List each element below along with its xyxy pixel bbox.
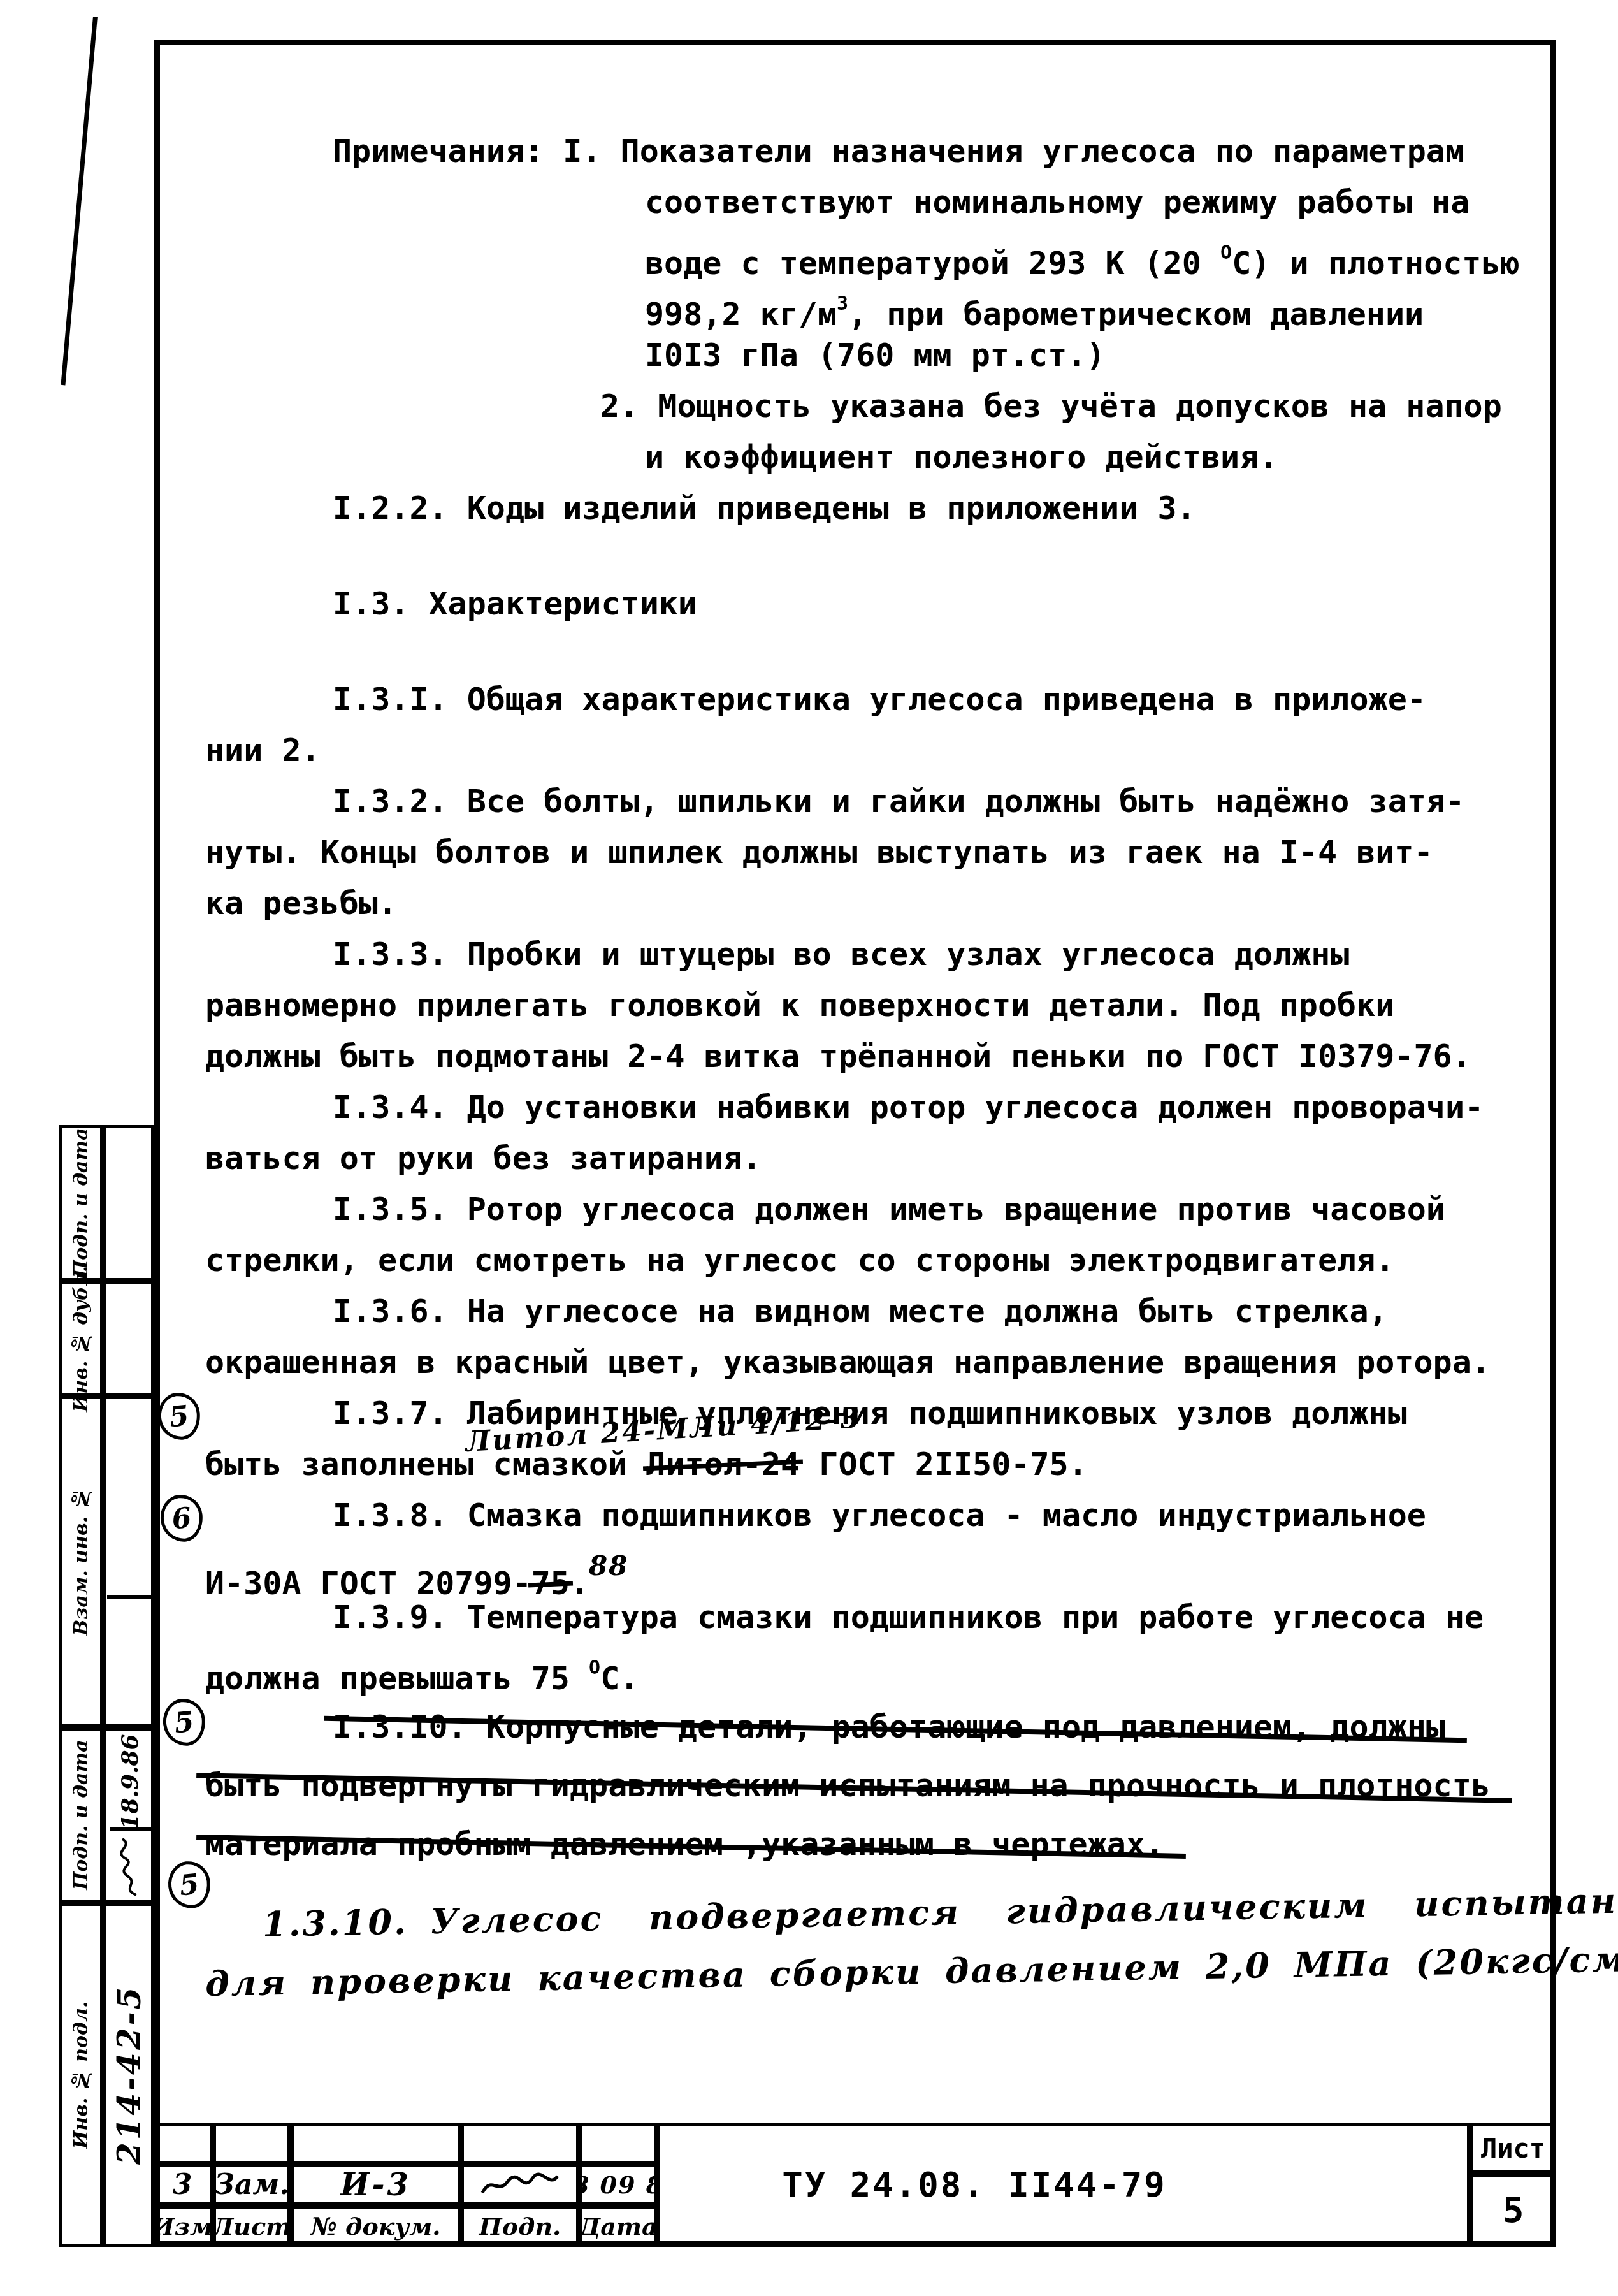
text-line: Примечания: I. Показатели назначения угл… (205, 127, 1543, 178)
revision-doc-number: И-3 (291, 2164, 461, 2205)
text-line: 2. Мощность указана без учёта допусков н… (205, 382, 1543, 433)
text-line: воде с температурой 293 К (20 ОС) и плот… (205, 229, 1543, 280)
stamp-cell-inv-podl: Инв. № подл. (59, 1903, 103, 2247)
stamp-cell-podp-i-data-2: Подп. и дата (59, 1727, 103, 1903)
text-line: I.3.9. Температура смазки подшипников пр… (205, 1594, 1543, 1645)
text-line: I.3.3. Пробки и штуцеры во всех узлах уг… (205, 931, 1543, 982)
text-line: И-30А ГОСТ 20799-75.88 (205, 1543, 1543, 1594)
stamp-entry-cell (103, 1396, 154, 1727)
stamp-cell-label: Подп. и дата (62, 1128, 100, 1278)
revision-signature-cell (461, 2164, 579, 2205)
stamp-cell-label: Взам. инв. № (62, 1399, 100, 1724)
signature-icon (119, 1836, 141, 1898)
stamp-entry-cell (103, 1125, 154, 1281)
label-izm: Изм (152, 2205, 213, 2247)
text-line: 998,2 кг/м3, при барометрическом давлени… (205, 280, 1543, 331)
text-line: соответствуют номинальному режиму работы… (205, 178, 1543, 229)
text-line: I.3.2. Все болты, шпильки и гайки должны… (205, 778, 1543, 829)
text-line: и коэффициент полезного действия. (205, 433, 1543, 484)
label-list: Лист (213, 2205, 291, 2247)
text-line: должна превышать 75 ОС. (205, 1645, 1543, 1696)
sheet-number: 5 (1470, 2174, 1556, 2247)
signature-icon (479, 2171, 561, 2199)
stamp-entry-cell: 214-42-5 (103, 1903, 154, 2247)
revision-date-value: 18 09 86 (579, 2164, 657, 2205)
text-line: ка резьбы. (205, 880, 1543, 931)
page-edge-artifact (61, 17, 98, 385)
text-line: I.3.5. Ротор углесоса должен иметь враще… (205, 1186, 1543, 1237)
text-line: материала пробным давлением ,указанным в… (205, 1820, 1543, 1879)
stamp-entry-date: 18.9.86 (117, 1734, 143, 1829)
label-signature: Подп. (461, 2205, 579, 2247)
text-line: I.3.4. До установки набивки ротор углесо… (205, 1084, 1543, 1135)
left-stamp-strip: Подп. и дата Инв. № дубл. Взам. инв. № П… (59, 1125, 154, 2247)
text-line: I.3.6. На углесосе на видном месте должн… (205, 1288, 1543, 1339)
stamp-entry-signature-date: 18.9.86 (109, 1731, 151, 1901)
stamp-cell-podp-i-data: Подп. и дата (59, 1125, 103, 1281)
revision-cell-empty (152, 2123, 213, 2164)
text-line: быть подвергнуты гидравлическим испытани… (205, 1762, 1543, 1820)
text-line: ваться от руки без затирания. (205, 1135, 1543, 1186)
label-doc-number: № докум. (291, 2205, 461, 2247)
sheet-label: Лист (1470, 2123, 1556, 2174)
revision-cell-empty (213, 2123, 291, 2164)
title-block: 3 Зам. И-3 18 09 86 Изм Лист № докум. По… (152, 2123, 1556, 2247)
stamp-entry-inventory-number: 214-42-5 (106, 1906, 151, 2244)
text-line: I.3.7. Лабиринтные уплотнения подшипнико… (205, 1390, 1543, 1441)
text-line: I.2.2. Коды изделий приведены в приложен… (205, 484, 1543, 535)
text-line: стрелки, если смотреть на углесос со сто… (205, 1237, 1543, 1288)
revision-izm-value: 3 (152, 2164, 213, 2205)
stamp-cell-label: Подп. и дата (62, 1731, 100, 1900)
stamp-cell-label: Инв. № подл. (62, 1906, 100, 2244)
text-line: I.3.I. Общая характеристика углесоса при… (205, 676, 1543, 727)
stamp-cell-inv-dubl: Инв. № дубл. (59, 1281, 103, 1396)
text-line: быть заполнены смазкой Литол-24 ГОСТ 2II… (205, 1441, 1543, 1492)
revision-cell-empty (291, 2123, 461, 2164)
text-line: I.3. Характеристики (205, 580, 1543, 631)
revision-type-value: Зам. (213, 2164, 291, 2205)
text-line: должны быть подмотаны 2-4 витка трёпанно… (205, 1033, 1543, 1084)
revision-cell-empty (579, 2123, 657, 2164)
text-line: I.3.8. Смазка подшипников углесоса - мас… (205, 1492, 1543, 1543)
scanned-document-page: Примечания: I. Показатели назначения угл… (0, 0, 1618, 2296)
document-number: ТУ 24.08. II44-79 (657, 2123, 1470, 2247)
text-line: I.3.I0. Корпусные детали, работающие под… (205, 1703, 1543, 1762)
text-line: равномерно прилегать головкой к поверхно… (205, 982, 1543, 1033)
label-date: Дата (579, 2205, 657, 2247)
stamp-entry-cell (103, 1281, 154, 1396)
text-line: нуты. Концы болтов и шпилек должны высту… (205, 829, 1543, 880)
body-text: Примечания: I. Показатели назначения угл… (205, 127, 1543, 2005)
revision-cell-empty (461, 2123, 579, 2164)
text-line: I0I3 гПа (760 мм рт.ст.) (205, 331, 1543, 382)
stamp-cell-vzam-inv: Взам. инв. № (59, 1396, 103, 1727)
stamp-entry-cell: 18.9.86 (103, 1727, 154, 1903)
text-line: нии 2. (205, 727, 1543, 778)
stamp-cell-label: Инв. № дубл. (62, 1284, 100, 1393)
text-line: окрашенная в красный цвет, указывающая н… (205, 1339, 1543, 1390)
